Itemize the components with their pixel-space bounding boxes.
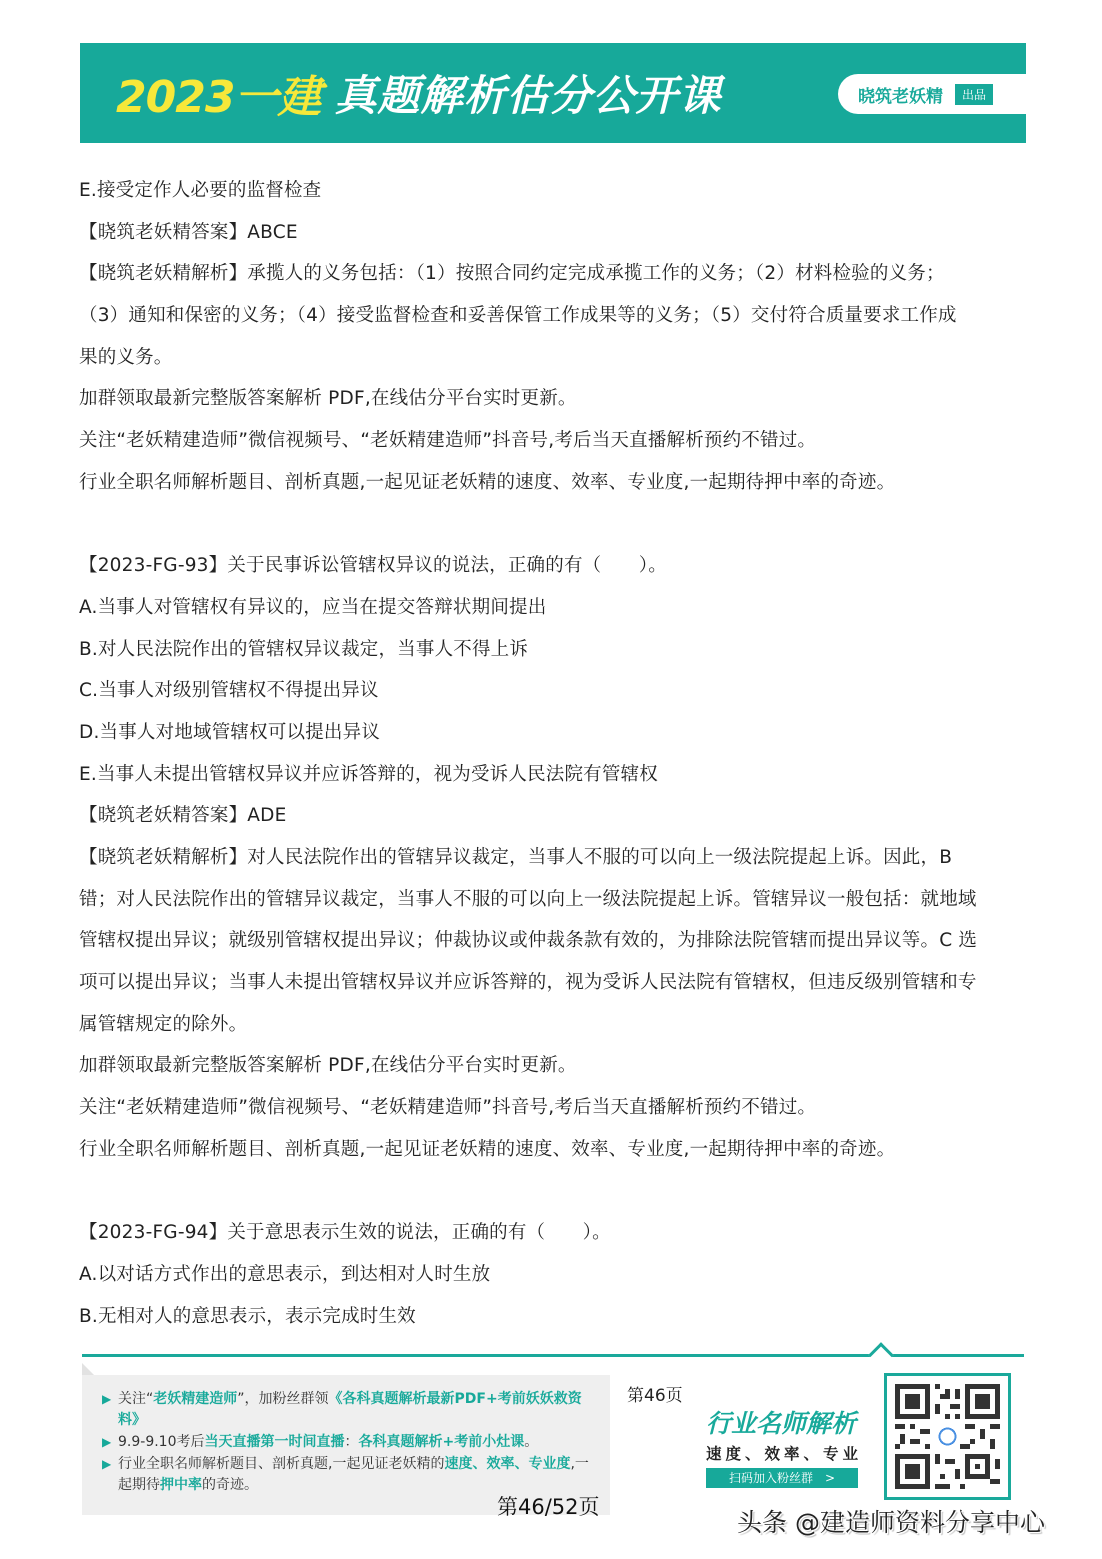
option-b: B.对人民法院作出的管辖权异议裁定，当事人不得上诉 <box>79 629 1024 671</box>
footer-bullet-text: 行业全职名师解析题目、剖析真题,一起见证老妖精的速度、效率、专业度,一起期待押中… <box>118 1454 602 1496</box>
answer: 【晓筑老妖精答案】ABCE <box>79 212 1024 254</box>
plain-text: ”，加粉丝群领 <box>237 1391 328 1407</box>
plain-text: 关注“ <box>118 1391 153 1407</box>
analysis-line: 管辖权提出异议；就级别管辖权提出异议；仲裁协议或仲裁条款有效的，为排除法院管辖而… <box>79 920 1024 962</box>
promo-line: 加群领取最新完整版答案解析 PDF,在线估分平台实时更新。 <box>79 378 1024 420</box>
promo-line: 行业全职名师解析题目、剖析真题,一起见证老妖精的速度、效率、专业度,一起期待押中… <box>79 1129 1024 1171</box>
qr-code-icon <box>895 1384 1000 1489</box>
option-c: C.当事人对级别管辖权不得提出异议 <box>79 670 1024 712</box>
analysis-line: 【晓筑老妖精解析】对人民法院作出的管辖异议裁定，当事人不服的可以向上一级法院提起… <box>79 837 1024 879</box>
promo-line: 加群领取最新完整版答案解析 PDF,在线估分平台实时更新。 <box>79 1045 1024 1087</box>
header-banner: 2023一建 真题解析估分公开课 晓筑老妖精 出品 <box>80 43 1026 143</box>
brand-badge: 晓筑老妖精 出品 <box>838 74 1026 114</box>
triangle-bullet-icon: ▶ <box>102 1389 118 1431</box>
highlight-text: 当天直播第一时间直播 <box>205 1434 345 1450</box>
banner-title: 2023一建 真题解析估分公开课 <box>116 65 721 121</box>
spacer <box>79 504 1024 546</box>
banner-year: 2023一建 <box>116 61 320 125</box>
promo-line: 关注“老妖精建造师”微信视频号、“老妖精建造师”抖音号,考后当天直播解析预约不错… <box>79 1087 1024 1129</box>
footer-bullet: ▶ 行业全职名师解析题目、剖析真题,一起见证老妖精的速度、效率、专业度,一起期待… <box>102 1454 602 1496</box>
footer-bullet-text: 9.9-9.10考后当天直播第一时间直播：各科真题解析+考前小灶课。 <box>118 1432 602 1453</box>
join-fan-group-button[interactable]: 扫码加入粉丝群 > <box>706 1468 858 1488</box>
analysis-line: 错；对人民法院作出的管辖异议裁定，当事人不服的可以向上一级法院提起上诉。管辖异议… <box>79 879 1024 921</box>
plain-text: ： <box>345 1434 359 1450</box>
promo-subtitle: 速度、效率、专业 <box>706 1442 862 1464</box>
analysis-line: 项可以提出异议；当事人未提出管辖权异议并应诉答辩的，视为受诉人民法院有管辖权，但… <box>79 962 1024 1004</box>
option-d: D.当事人对地域管辖权可以提出异议 <box>79 712 1024 754</box>
promo-line: 关注“老妖精建造师”微信视频号、“老妖精建造师”抖音号,考后当天直播解析预约不错… <box>79 420 1024 462</box>
analysis-line: 果的义务。 <box>79 337 1024 379</box>
option-b: B.无相对人的意思表示，表示完成时生效 <box>79 1296 1024 1338</box>
highlight-text: 押中率 <box>160 1477 202 1493</box>
option-a: A.以对话方式作出的意思表示，到达相对人时生放 <box>79 1254 1024 1296</box>
plain-text: 行业全职名师解析题目、剖析真题,一起见证老妖精的 <box>118 1456 444 1472</box>
promo-title: 行业名师解析 <box>706 1404 862 1440</box>
footer-bullet: ▶ 9.9-9.10考后当天直播第一时间直播：各科真题解析+考前小灶课。 <box>102 1432 602 1453</box>
footer-bullet: ▶ 关注“老妖精建造师”，加粉丝群领《各科真题解析最新PDF+考前妖妖救资料》 <box>102 1389 602 1431</box>
footer-divider-notch <box>868 1342 893 1367</box>
answer: 【晓筑老妖精答案】ADE <box>79 795 1024 837</box>
option-e: E.接受定作人必要的监督检查 <box>79 170 1024 212</box>
analysis-line: 属管辖规定的除外。 <box>79 1004 1024 1046</box>
banner-main-title: 真题解析估分公开课 <box>334 63 721 123</box>
option-a: A.当事人对管辖权有异议的，应当在提交答辩状期间提出 <box>79 587 1024 629</box>
triangle-bullet-icon: ▶ <box>102 1432 118 1453</box>
spacer <box>79 1171 1024 1213</box>
highlight-text: 各科真题解析+考前小灶课 <box>359 1434 525 1450</box>
question-title: 【2023-FG-94】关于意思表示生效的说法，正确的有（ ）。 <box>79 1212 1024 1254</box>
footer-bullets: ▶ 关注“老妖精建造师”，加粉丝群领《各科真题解析最新PDF+考前妖妖救资料》 … <box>102 1389 602 1497</box>
promo-block: 行业名师解析 速度、效率、专业 扫码加入粉丝群 > <box>706 1404 862 1488</box>
footer-bullet-text: 关注“老妖精建造师”，加粉丝群领《各科真题解析最新PDF+考前妖妖救资料》 <box>118 1389 602 1431</box>
plain-text: 的奇迹。 <box>202 1477 258 1493</box>
option-e: E.当事人未提出管辖权异议并应诉答辩的，视为受诉人民法院有管辖权 <box>79 754 1024 796</box>
highlight-text: 速度、效率、专业度 <box>444 1456 570 1472</box>
question-title: 【2023-FG-93】关于民事诉讼管辖权异议的说法，正确的有（ ）。 <box>79 545 1024 587</box>
analysis-line: 【晓筑老妖精解析】承揽人的义务包括：（1）按照合同约定完成承揽工作的义务；（2）… <box>79 253 1024 295</box>
page-number: 第46页 <box>627 1381 683 1406</box>
analysis-line: （3）通知和保密的义务；（4）接受监督检查和妥善保管工作成果等的义务；（5）交付… <box>79 295 1024 337</box>
document-body: E.接受定作人必要的监督检查 【晓筑老妖精答案】ABCE 【晓筑老妖精解析】承揽… <box>79 170 1024 1337</box>
box-fold-decoration <box>82 1363 94 1375</box>
plain-text: 9.9-9.10考后 <box>118 1434 205 1450</box>
qr-code[interactable] <box>884 1373 1011 1500</box>
triangle-bullet-icon: ▶ <box>102 1454 118 1496</box>
watermark: 头条 @建造师资料分享中心 <box>737 1503 1045 1539</box>
brand-name: 晓筑老妖精 <box>858 82 943 107</box>
page-of-total: 第46/52页 <box>497 1491 600 1521</box>
plain-text: 。 <box>524 1434 538 1450</box>
promo-line: 行业全职名师解析题目、剖析真题,一起见证老妖精的速度、效率、专业度,一起期待押中… <box>79 462 1024 504</box>
brand-tag: 出品 <box>955 84 993 105</box>
highlight-text: 老妖精建造师 <box>153 1391 237 1407</box>
